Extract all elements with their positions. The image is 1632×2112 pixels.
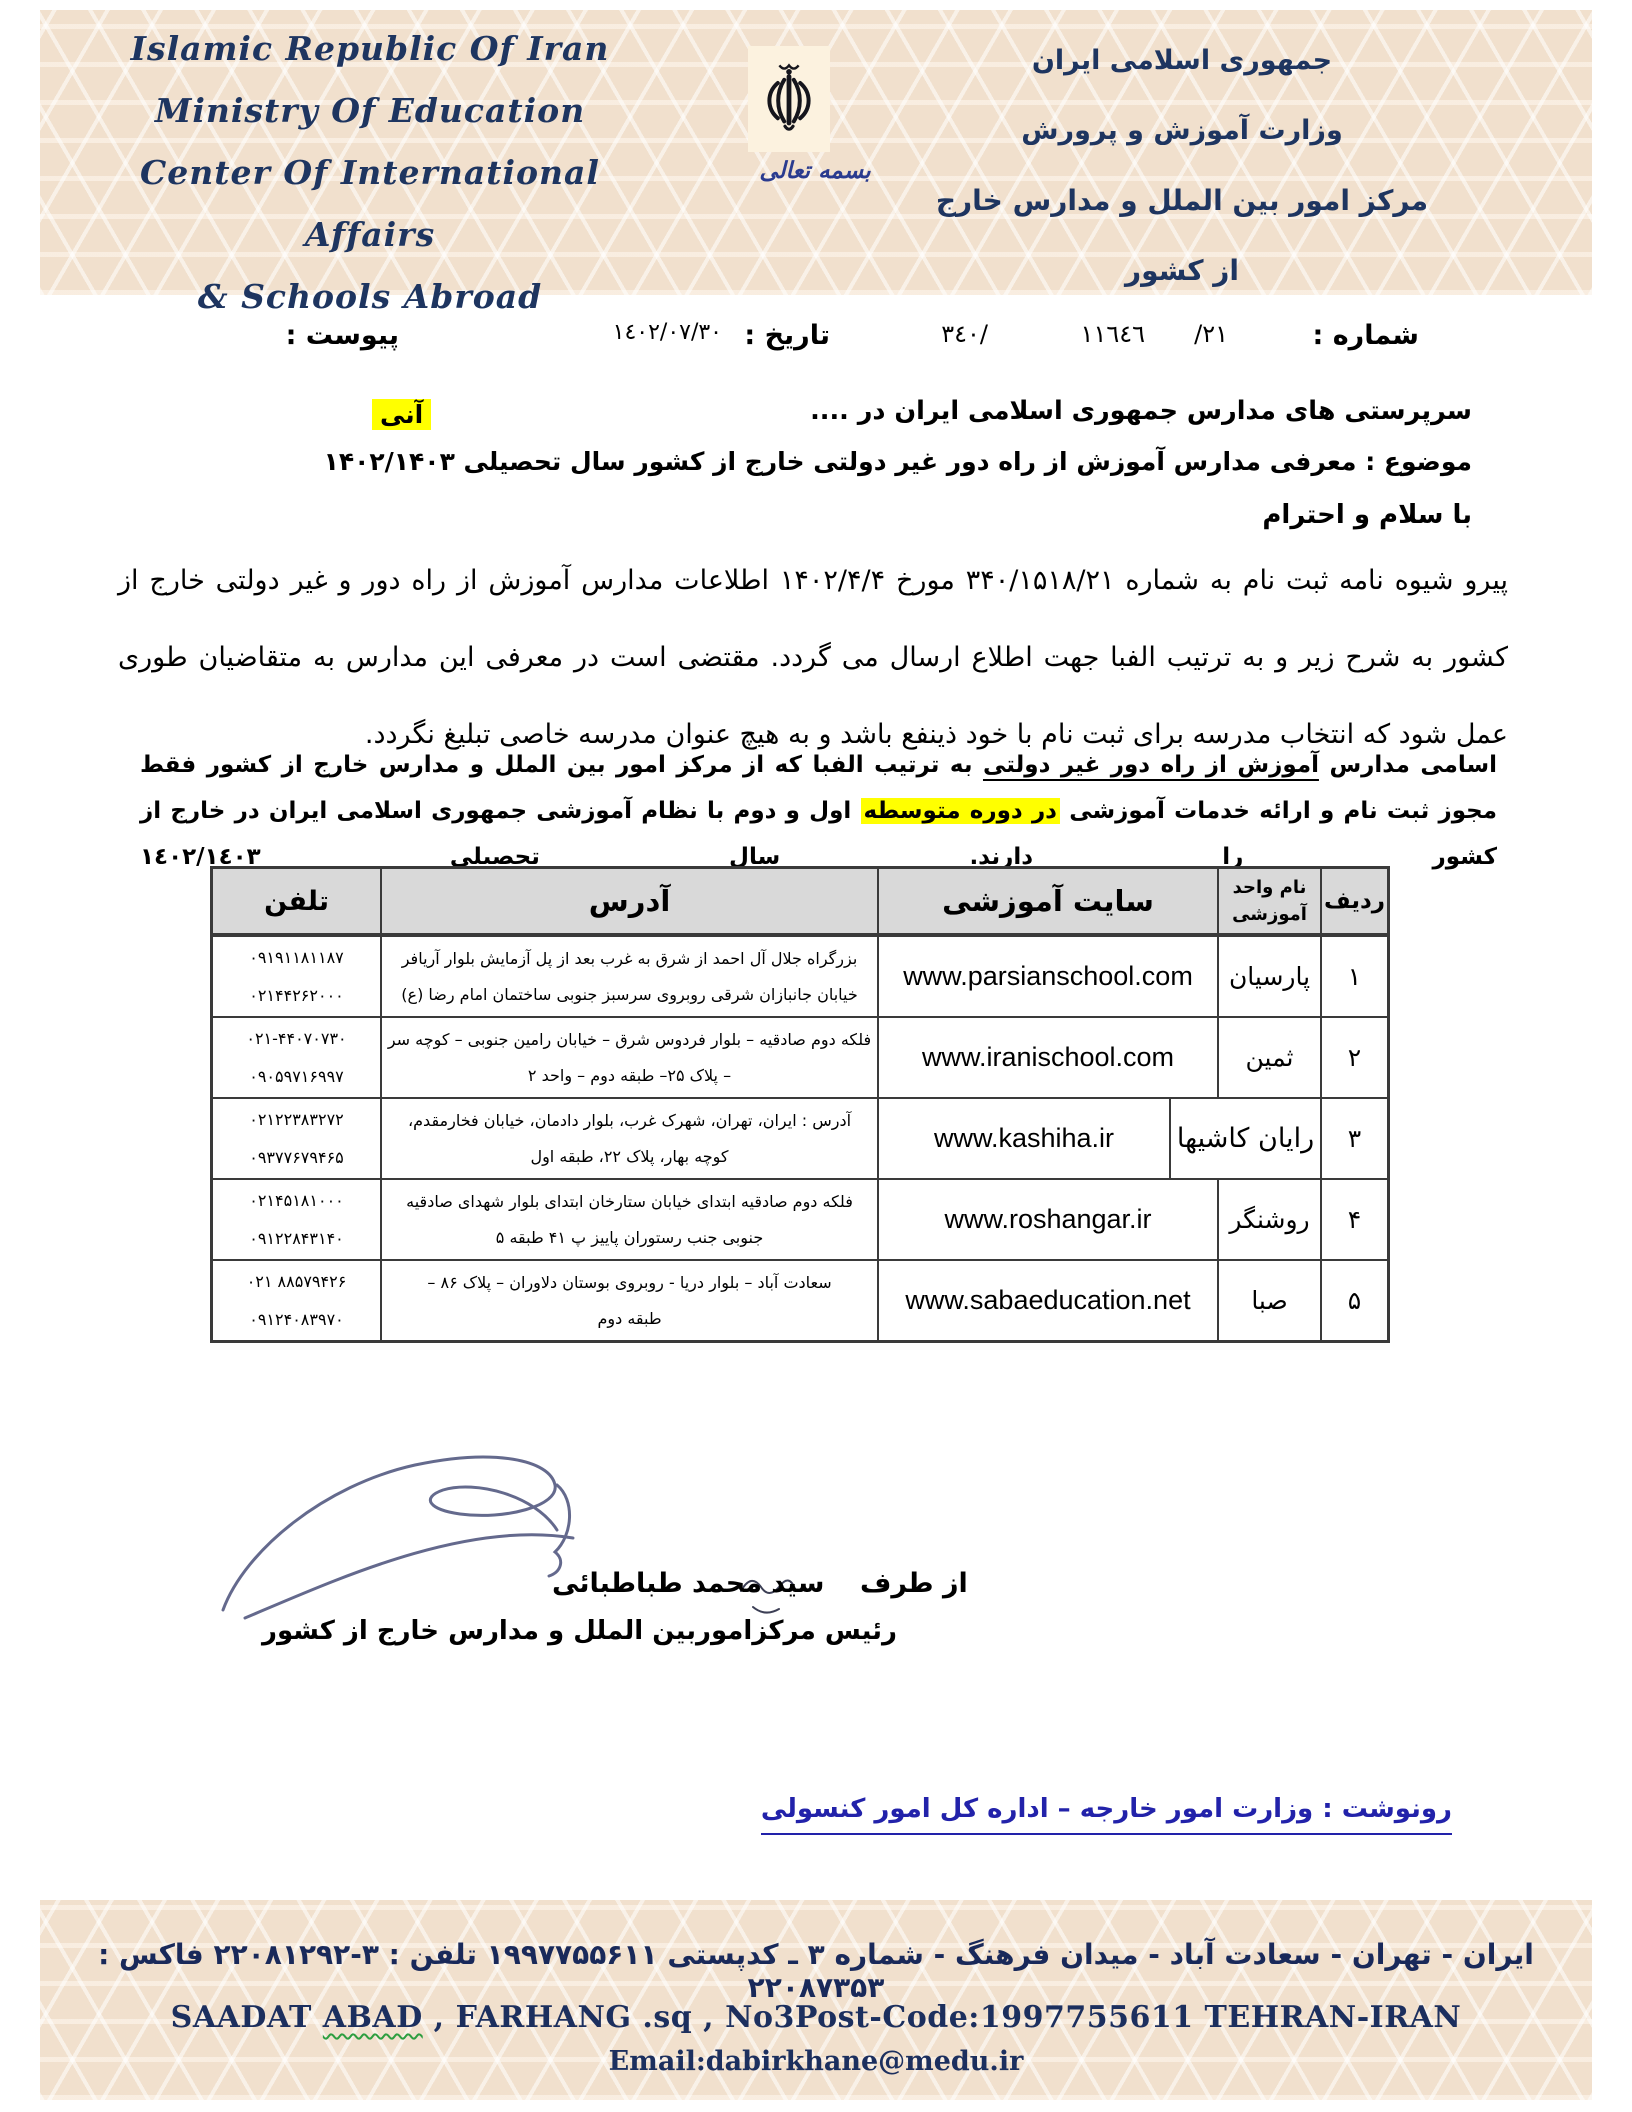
school-address: بزرگراه جلال آل احمد از شرق به غرب بعد ا… [380,937,877,1016]
en-title-line2: Ministry Of Education [70,80,670,142]
fa-title-line1: جمهوری اسلامی ایران [932,26,1432,96]
header-address: آدرس [380,869,877,933]
salutation-line: با سلام و احترام [1262,500,1472,530]
fa-title-line2: وزارت آموزش و پرورش [932,96,1432,166]
header-unit-name: نام واحد آموزشی [1217,869,1320,933]
fa-title-line3: مرکز امور بین الملل و مدارس خارج از کشور [932,166,1432,306]
bismillah-text: بسمه تعالی [725,158,905,184]
table-row-saba: ۵ صبا www.sabaeducation.net سعادت آباد –… [213,1259,1387,1340]
header-site: سایت آموزشی [877,869,1217,933]
from-label: از طرف [860,1568,968,1599]
footer-email: Email:dabirkhane@medu.ir [40,2046,1592,2077]
row-number: ۴ [1320,1180,1387,1259]
letter-date-label: تاریخ : [744,320,830,351]
en-title-line3: Center Of International Affairs [70,142,670,266]
school-address: آدرس : ایران، تهران، شهرک غرب، بلوار داد… [380,1099,877,1178]
table-row-rayan-kashiha: ۳ رایان کاشیها www.kashiha.ir آدرس : ایر… [213,1097,1387,1178]
subject-line: موضوع : معرفی مدارس آموزش از راه دور غیر… [324,447,1472,476]
header-phone: تلفن [213,869,380,933]
iran-emblem-icon [748,46,830,152]
school-address: فلکه دوم صادقیه ابتدای خیابان ستارخان اب… [380,1180,877,1259]
school-phone: ۰۲۱ ۸۸۵۷۹۴۲۶ ۰۹۱۲۴۰۸۳۹۷۰ [213,1261,380,1340]
signature-scribble-icon [205,1440,605,1640]
unit-name: روشنگر [1217,1180,1320,1259]
school-site: www.parsianschool.com [877,937,1217,1016]
en-title-line4: & Schools Abroad [70,266,670,328]
recipient-line: سرپرستی های مدارس جمهوری اسلامی ایران در… [810,396,1472,426]
ministry-english-title: Islamic Republic Of Iran Ministry Of Edu… [70,18,670,328]
emphasis-underlined: آموزش از راه دور غیر دولتی [983,752,1319,778]
row-number: ۲ [1320,1018,1387,1097]
emphasis-paragraph: اسامی مدارس آموزش از راه دور غیر دولتی ب… [140,742,1497,880]
signer-title: رئیس مرکزاموربین الملل و مدارس خارج از ک… [262,1616,897,1646]
unit-name: ثمین [1217,1018,1320,1097]
footer-english-address: SAADAT ABAD , FARHANG .sq , No3Post-Code… [40,2000,1592,2035]
unit-name: پارسیان [1217,937,1320,1016]
footer-en-abad: ABAD [323,2000,423,2035]
school-phone: ۰۹۱۹۱۱۸۱۱۸۷ ۰۲۱۴۴۲۶۲۰۰۰ [213,937,380,1016]
table-row-roshangar: ۴ روشنگر www.roshangar.ir فلکه دوم صادقی… [213,1178,1387,1259]
row-number: ۵ [1320,1261,1387,1340]
letter-number-seg3: /٣٤٠ [941,320,988,348]
row-number: ۳ [1320,1099,1387,1178]
school-site: www.sabaeducation.net [877,1261,1217,1340]
body-paragraph: پیرو شیوه نامه ثبت نام به شماره ۳۴۰/۱۵۱۸… [118,542,1508,773]
school-address: فلکه دوم صادقیه – بلوار فردوس شرق – خیاب… [380,1018,877,1097]
row-number: ۱ [1320,937,1387,1016]
ministry-persian-title: جمهوری اسلامی ایران وزارت آموزش و پرورش … [932,26,1432,306]
letterhead-top-band: Islamic Republic Of Iran Ministry Of Edu… [40,10,1592,295]
letter-number-seg1: ٢١/ [1194,320,1228,348]
header-radif: ردیف [1320,869,1387,933]
footer-persian-address: ایران - تهران - سعادت آباد - میدان فرهنگ… [40,1938,1592,2004]
official-letter-page: Islamic Republic Of Iran Ministry Of Edu… [0,0,1632,2112]
school-site: www.iranischool.com [877,1018,1217,1097]
letterhead-bottom-band: ایران - تهران - سعادت آباد - میدان فرهنگ… [40,1900,1592,2100]
letter-attachment-label: پیوست : [286,320,399,351]
emphasis-highlighted: در دوره متوسطه [861,798,1060,824]
letter-number-label: شماره : [1313,320,1419,351]
unit-name: صبا [1217,1261,1320,1340]
unit-name: رایان کاشیها [1169,1099,1320,1178]
footer-en-post: , FARHANG .sq , No3Post-Code:1997755611 … [423,2000,1462,2035]
emphasis-pre: اسامی مدارس [1319,752,1497,778]
school-address: سعادت آباد – بلوار دریا - روبروی بوستان … [380,1261,877,1340]
en-title-line1: Islamic Republic Of Iran [70,18,670,80]
table-row-samin: ۲ ثمین www.iranischool.com فلکه دوم صادق… [213,1016,1387,1097]
school-site: www.kashiha.ir [877,1099,1169,1178]
letter-number-seg2: ١١٦٤٦ [1081,320,1145,348]
cc-line: رونوشت : وزارت امور خارجه – اداره کل امو… [761,1794,1452,1835]
letter-date-value: ١٤٠٢/٠٧/٣٠ [613,320,722,345]
urgency-badge: آنی [372,399,431,430]
schools-table: ردیف نام واحد آموزشی سایت آموزشی آدرس تل… [210,866,1390,1343]
table-row-parsian: ۱ پارسیان www.parsianschool.com بزرگراه … [213,935,1387,1016]
school-phone: ۰۲۱-۴۴۰۷۰۷۳۰ ۰۹۰۵۹۷۱۶۹۹۷ [213,1018,380,1097]
footer-en-pre: SAADAT [171,2000,323,2035]
school-phone: ۰۲۱۴۵۱۸۱۰۰۰ ۰۹۱۲۲۸۴۳۱۴۰ [213,1180,380,1259]
school-phone: ۰۲۱۲۲۳۸۳۲۷۲ ۰۹۳۷۷۶۷۹۴۶۵ [213,1099,380,1178]
school-site: www.roshangar.ir [877,1180,1217,1259]
table-header-row: ردیف نام واحد آموزشی سایت آموزشی آدرس تل… [213,869,1387,935]
signer-name: سید محمد طباطبائی [552,1568,824,1599]
